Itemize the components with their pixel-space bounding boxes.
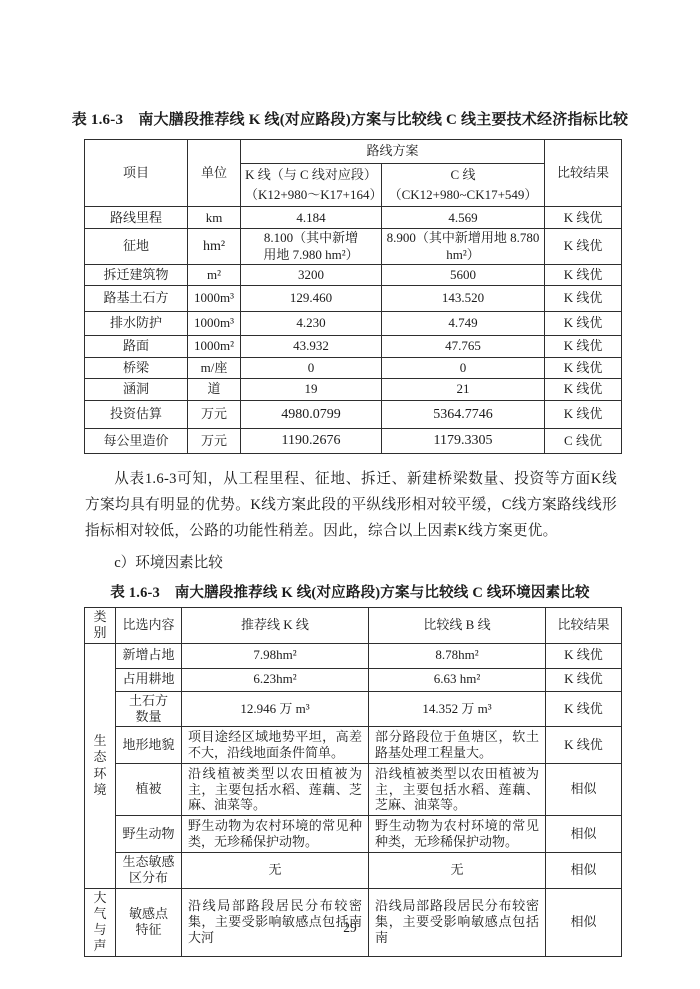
cell-result: K 线优 (545, 378, 622, 400)
col-header-result: 比较结果 (546, 608, 622, 644)
cell-b-value: 8.78hm² (369, 643, 546, 668)
c-line-name: C 线 (386, 165, 540, 185)
cell-k-value: 6.23hm² (182, 668, 369, 691)
cell-unit: m² (188, 264, 241, 285)
table1-title: 表 1.6-3 南大膳段推荐线 K 线(对应路段)方案与比较线 C 线主要技术经… (0, 108, 700, 129)
table-row: 生态 环境 新增占地 7.98hm² 8.78hm² K 线优 (85, 643, 622, 668)
col-header-c-line: C 线 （CK12+980~CK17+549） (382, 164, 545, 207)
col-header-k-line: 推荐线 K 线 (182, 608, 369, 644)
cell-result: K 线优 (546, 643, 622, 668)
cell-result: K 线优 (545, 400, 622, 428)
cell-result: 相似 (546, 763, 622, 816)
col-header-b-line: 比较线 B 线 (369, 608, 546, 644)
table-row: 排水防护 1000m³ 4.230 4.749 K 线优 (85, 311, 622, 335)
cell-k-value: 129.460 (241, 285, 382, 311)
cell-unit: hm² (188, 229, 241, 265)
table-row: 土石方 数量 12.946 万 m³ 14.352 万 m³ K 线优 (85, 691, 622, 727)
cell-c-value: 8.900（其中新增用地 8.780 hm²） (382, 229, 545, 265)
cell-k-value: 19 (241, 378, 382, 400)
cell-k-value: 项目途经区域地势平坦，高差不大，沿线地面条件简单。 (182, 727, 369, 764)
cell-b-value: 14.352 万 m³ (369, 691, 546, 727)
table-row: 生态敏感 区分布 无 无 相似 (85, 853, 622, 889)
cell-result: 相似 (546, 816, 622, 853)
table-row: 占用耕地 6.23hm² 6.63 hm² K 线优 (85, 668, 622, 691)
cell-k-value: 43.932 (241, 335, 382, 357)
cell-item: 每公里造价 (85, 428, 188, 453)
col-header-content: 比选内容 (116, 608, 182, 644)
cell-item: 桥梁 (85, 357, 188, 378)
cell-k-value: 7.98hm² (182, 643, 369, 668)
col-header-unit: 单位 (188, 140, 241, 207)
cell-k-value: 1190.2676 (241, 428, 382, 453)
cell-content: 野生动物 (116, 816, 182, 853)
cell-b-value: 野生动物为农村环境的常见种类，无珍稀保护动物。 (369, 816, 546, 853)
cell-content: 土石方 数量 (116, 691, 182, 727)
col-header-k-line: K 线（与 C 线对应段） （K12+980～K17+164） (241, 164, 382, 207)
env-factors-table: 类别 比选内容 推荐线 K 线 比较线 B 线 比较结果 生态 环境 新增占地 … (84, 607, 622, 957)
cell-c-value: 47.765 (382, 335, 545, 357)
cell-result: K 线优 (545, 311, 622, 335)
category-cell-ecology: 生态 环境 (85, 643, 116, 888)
table-row: 桥梁 m/座 0 0 K 线优 (85, 357, 622, 378)
cell-k-value: 4.230 (241, 311, 382, 335)
cell-unit: 万元 (188, 428, 241, 453)
cell-c-value: 1179.3305 (382, 428, 545, 453)
cell-k-value: 4.184 (241, 207, 382, 229)
cell-item: 路面 (85, 335, 188, 357)
cell-k-value: 3200 (241, 264, 382, 285)
cell-unit: 1000m³ (188, 285, 241, 311)
table-row: 路面 1000m² 43.932 47.765 K 线优 (85, 335, 622, 357)
cell-result: K 线优 (546, 668, 622, 691)
table-row: 植被 沿线植被类型以农田植被为主，主要包括水稻、莲藕、芝麻、油菜等。 沿线植被类… (85, 763, 622, 816)
cell-result: K 线优 (545, 207, 622, 229)
col-header-result: 比较结果 (545, 140, 622, 207)
cell-result: K 线优 (545, 335, 622, 357)
cell-content: 生态敏感 区分布 (116, 853, 182, 889)
cell-item: 路基土石方 (85, 285, 188, 311)
cell-result: 相似 (546, 853, 622, 889)
cell-c-value: 4.569 (382, 207, 545, 229)
table-row: 路线里程 km 4.184 4.569 K 线优 (85, 207, 622, 229)
table1-header-row1: 项目 单位 路线方案 比较结果 (85, 140, 622, 164)
table-row: 征地 hm² 8.100（其中新增 用地 7.980 hm²） 8.900（其中… (85, 229, 622, 265)
cell-unit: m/座 (188, 357, 241, 378)
cell-content: 新增占地 (116, 643, 182, 668)
cell-result: K 线优 (545, 285, 622, 311)
k-line-name: K 线（与 C 线对应段） (245, 165, 377, 185)
table-row: 拆迁建筑物 m² 3200 5600 K 线优 (85, 264, 622, 285)
col-header-item: 项目 (85, 140, 188, 207)
page-number: 29 (0, 920, 700, 936)
table2-title: 表 1.6-3 南大膳段推荐线 K 线(对应路段)方案与比较线 C 线环境因素比… (0, 581, 700, 602)
cell-result: K 线优 (545, 357, 622, 378)
cell-b-value: 沿线植被类型以农田植被为主，主要包括水稻、莲藕、芝麻、油菜等。 (369, 763, 546, 816)
cell-content: 占用耕地 (116, 668, 182, 691)
cell-unit: 1000m² (188, 335, 241, 357)
cell-b-value: 无 (369, 853, 546, 889)
table-row: 路基土石方 1000m³ 129.460 143.520 K 线优 (85, 285, 622, 311)
col-header-scheme-group: 路线方案 (241, 140, 545, 164)
cell-k-value: 8.100（其中新增 用地 7.980 hm²） (241, 229, 382, 265)
cell-result: K 线优 (546, 691, 622, 727)
cell-item: 路线里程 (85, 207, 188, 229)
cell-result: C 线优 (545, 428, 622, 453)
cell-item: 拆迁建筑物 (85, 264, 188, 285)
cell-result: K 线优 (545, 264, 622, 285)
cell-item: 投资估算 (85, 400, 188, 428)
cell-c-value: 5600 (382, 264, 545, 285)
cell-content: 植被 (116, 763, 182, 816)
cell-c-value: 0 (382, 357, 545, 378)
cell-k-value: 4980.0799 (241, 400, 382, 428)
cell-k-value: 0 (241, 357, 382, 378)
tech-econ-table: 项目 单位 路线方案 比较结果 K 线（与 C 线对应段） （K12+980～K… (84, 139, 622, 454)
cell-item: 涵洞 (85, 378, 188, 400)
subheading-env-factors: c）环境因素比较 (85, 551, 617, 572)
cell-c-value: 21 (382, 378, 545, 400)
table-row: 地形地貌 项目途经区域地势平坦，高差不大，沿线地面条件简单。 部分路段位于鱼塘区… (85, 727, 622, 764)
k-line-stakes: （K12+980～K17+164） (245, 185, 377, 205)
cell-k-value: 无 (182, 853, 369, 889)
cell-c-value: 4.749 (382, 311, 545, 335)
table-row: 每公里造价 万元 1190.2676 1179.3305 C 线优 (85, 428, 622, 453)
cell-unit: km (188, 207, 241, 229)
cell-item: 征地 (85, 229, 188, 265)
cell-result: K 线优 (545, 229, 622, 265)
table2-header-row: 类别 比选内容 推荐线 K 线 比较线 B 线 比较结果 (85, 608, 622, 644)
cell-c-value: 5364.7746 (382, 400, 545, 428)
cell-b-value: 部分路段位于鱼塘区，软土路基处理工程量大。 (369, 727, 546, 764)
table-row: 野生动物 野生动物为农村环境的常见种类，无珍稀保护动物。 野生动物为农村环境的常… (85, 816, 622, 853)
cell-result: K 线优 (546, 727, 622, 764)
analysis-paragraph: 从表1.6-3可知，从工程里程、征地、拆迁、新建桥梁数量、投资等方面K线方案均具… (85, 466, 617, 544)
cell-k-value: 野生动物为农村环境的常见种类，无珍稀保护动物。 (182, 816, 369, 853)
cell-content: 地形地貌 (116, 727, 182, 764)
cell-item: 排水防护 (85, 311, 188, 335)
table-row: 涵洞 道 19 21 K 线优 (85, 378, 622, 400)
cell-k-value: 12.946 万 m³ (182, 691, 369, 727)
c-line-stakes: （CK12+980~CK17+549） (386, 185, 540, 205)
col-header-category: 类别 (85, 608, 116, 644)
cell-unit: 1000m³ (188, 311, 241, 335)
cell-unit: 道 (188, 378, 241, 400)
cell-unit: 万元 (188, 400, 241, 428)
table-row: 投资估算 万元 4980.0799 5364.7746 K 线优 (85, 400, 622, 428)
cell-c-value: 143.520 (382, 285, 545, 311)
cell-b-value: 6.63 hm² (369, 668, 546, 691)
cell-k-value: 沿线植被类型以农田植被为主，主要包括水稻、莲藕、芝麻、油菜等。 (182, 763, 369, 816)
